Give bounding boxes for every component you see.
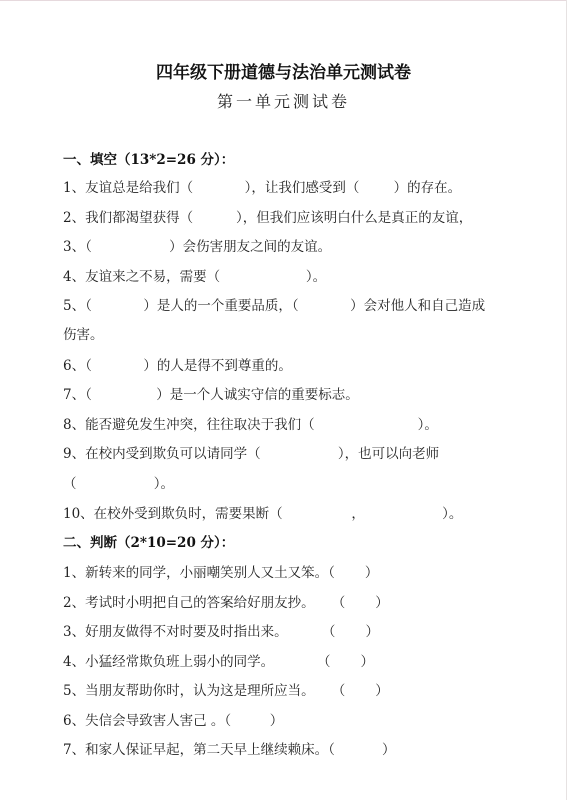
question-fill-7: 7、（ ）是一个人诚实守信的重要标志。 [63,386,359,404]
section-heading-fill-blank: 一、填空（13*2=26 分）： [63,151,234,169]
question-fill-9: 9、在校内受到欺负可以请同学（ ），也可以向老师 [63,445,439,463]
question-fill-9-cont: （ ）。 [63,475,174,493]
document-title: 四年级下册道德与法治单元测试卷 [0,58,567,83]
document-subtitle: 第一单元测试卷 [0,89,567,112]
question-fill-3: 3、（ ）会伤害朋友之间的友谊。 [63,238,331,256]
question-judge-6: 6、失信会导致害人害己 。（ ） [63,712,283,730]
question-judge-7: 7、和家人保证早起，第二天早上继续赖床。（ ） [63,741,396,759]
question-judge-1: 1、新转来的同学，小丽嘲笑别人又土又笨。（ ） [63,564,378,582]
question-fill-10: 10、在校外受到欺负时，需要果断（ ， ）。 [63,505,462,523]
question-judge-3: 3、好朋友做得不对时要及时指出来。 （ ） [63,623,379,641]
question-fill-4: 4、友谊来之不易，需要（ ）。 [63,268,326,286]
page-edge [0,0,567,1]
question-fill-8: 8、能否避免发生冲突，往往取决于我们（ ）。 [63,416,438,434]
question-judge-2: 2、考试时小明把自己的答案给好朋友抄。 （ ） [63,594,389,612]
question-judge-4: 4、小猛经常欺负班上弱小的同学。 （ ） [63,653,374,671]
section-heading-judge: 二、判断（2*10=20 分）： [63,534,234,552]
question-fill-2: 2、我们都渴望获得（ ），但我们应该明白什么是真正的友谊， [63,209,472,227]
question-judge-5: 5、当朋友帮助你时，认为这是理所应当。 （ ） [63,682,389,700]
question-fill-1: 1、友谊总是给我们（ ），让我们感受到（ ）的存在。 [63,179,461,197]
question-fill-5-cont: 伤害。 [63,326,104,344]
question-fill-6: 6、（ ）的人是得不到尊重的。 [63,357,292,375]
question-fill-5: 5、（ ）是人的一个重要品质，（ ）会对他人和自己造成 [63,297,485,315]
